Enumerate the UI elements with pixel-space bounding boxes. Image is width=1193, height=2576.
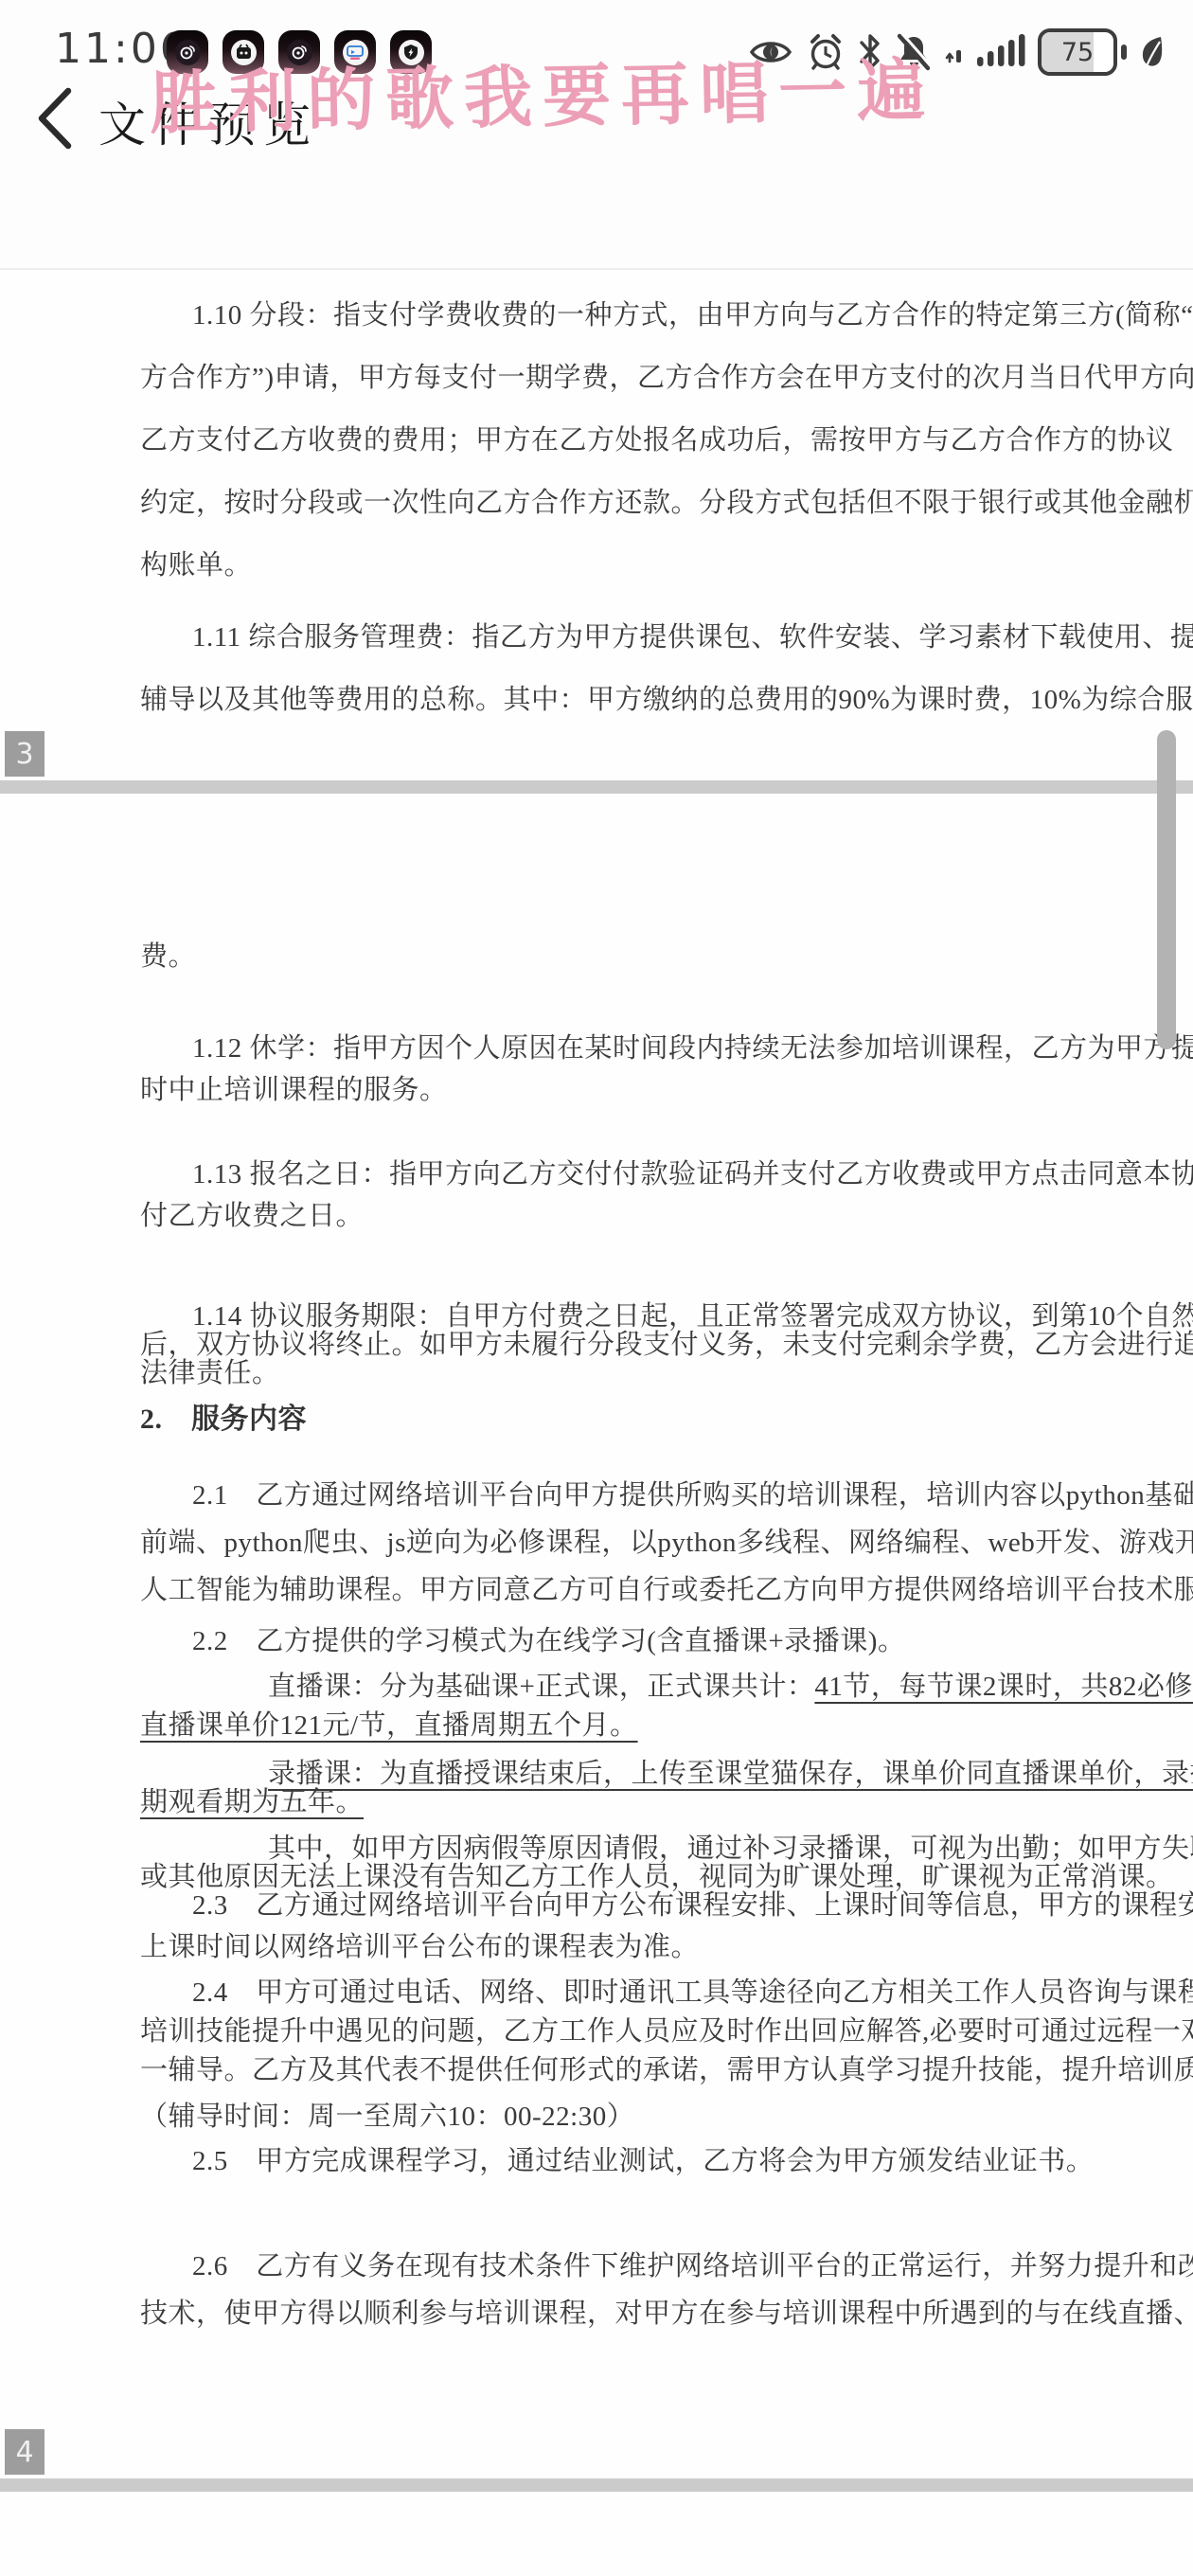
doc-line: 1.13 报名之日：指甲方向乙方交付付款验证码并支付乙方收费或甲方点击同意本协议… — [140, 1154, 1158, 1195]
doc-line: 2. 服务内容 — [140, 1404, 1158, 1436]
document-preview-area[interactable]: 1.10 分段：指支付学费收费的一种方式，由甲方向与乙方合作的特定第三方(简称“… — [0, 270, 1193, 2576]
doc-paragraph: 其中，如甲方因病假等原因请假，通过补习录播课，可视为出勤；如甲方失联或其他原因无… — [140, 1834, 1158, 1891]
battery-percent: 75 — [1061, 38, 1094, 67]
doc-line: 培训技能提升中遇见的问题，乙方工作人员应及时作出回应解答,必要时可通过远程一对 — [140, 2012, 1158, 2051]
doc-line: 其中，如甲方因病假等原因请假，通过补习录播课，可视为出勤；如甲方失联 — [140, 1834, 1158, 1863]
doc-line: 2.6 乙方有义务在现有技术条件下维护网络培训平台的正常运行，并努力提升和改进 — [140, 2243, 1158, 2290]
doc-line: （辅导时间：周一至周六10：00-22:30） — [140, 2101, 1158, 2133]
page-number-badge: 3 — [5, 731, 45, 777]
doc-paragraph: 录播课：为直播授课结束后，上传至课堂猫保存，课单价同直播课单价，录播有效期观看期… — [140, 1760, 1158, 1816]
doc-line: 1.10 分段：指支付学费收费的一种方式，由甲方向与乙方合作的特定第三方(简称“… — [140, 284, 1158, 347]
doc-paragraph: 1.12 休学：指甲方因个人原因在某时间段内持续无法参加培训课程，乙方为甲方提供… — [140, 1028, 1158, 1111]
doc-line: 付乙方收费之日。 — [140, 1195, 1158, 1237]
doc-line: 上课时间以网络培训平台公布的课程表为准。 — [140, 1926, 1158, 1968]
doc-paragraph: 直播课：分为基础课+正式课，正式课共计：41节，每节课2课时，共82必修课时，所… — [140, 1668, 1158, 1745]
back-button[interactable] — [28, 85, 81, 152]
doc-paragraph: 费。 — [140, 938, 1158, 975]
page-break-divider — [0, 2478, 1193, 2492]
doc-line: 后，双方协议将终止。如甲方未履行分段支付义务，未支付完剩余学费，乙方会进行追究其 — [140, 1331, 1158, 1359]
doc-line: 1.11 综合服务管理费：指乙方为甲方提供课包、软件安装、学习素材下载使用、提供… — [140, 606, 1158, 669]
power-saving-leaf-icon — [1138, 34, 1166, 70]
doc-paragraph: 2.3 乙方通过网络培训平台向甲方公布课程安排、上课时间等信息，甲方的课程安排、… — [140, 1885, 1158, 1968]
doc-paragraph: 2.1 乙方通过网络培训平台向甲方提供所购买的培训课程，培训内容以python基… — [140, 1472, 1158, 1614]
doc-line: 一辅导。乙方及其代表不提供任何形式的承诺，需甲方认真学习提升技能，提升培训质量。 — [140, 2051, 1158, 2090]
watermark-caption: 胜利的歌我要再唱一遍 — [149, 35, 936, 147]
doc-line: 录播课：为直播授课结束后，上传至课堂猫保存，课单价同直播课单价，录播有效 — [140, 1760, 1158, 1788]
scrollbar-thumb[interactable] — [1157, 730, 1176, 1049]
doc-paragraph: 2.5 甲方完成课程学习，通过结业测试，乙方将会为甲方颁发结业证书。 — [140, 2145, 1158, 2177]
doc-line: 期观看期为五年。 — [140, 1788, 1158, 1816]
battery-nub — [1121, 45, 1127, 60]
doc-line: 方合作方”)申请，甲方每支付一期学费，乙方合作方会在甲方支付的次月当日代甲方向 — [140, 347, 1158, 409]
doc-paragraph: 2.6 乙方有义务在现有技术条件下维护网络培训平台的正常运行，并努力提升和改进技… — [140, 2243, 1158, 2337]
doc-paragraph: （辅导时间：周一至周六10：00-22:30） — [140, 2101, 1158, 2133]
doc-line: 1.12 休学：指甲方因个人原因在某时间段内持续无法参加培训课程，乙方为甲方提供… — [140, 1028, 1158, 1069]
doc-line: 乙方支付乙方收费的费用；甲方在乙方处报名成功后，需按甲方与乙方合作方的协议 — [140, 409, 1158, 472]
doc-line: 1.14 协议服务期限：自甲方付费之日起，且正常签署完成双方协议，到第10个自然… — [140, 1302, 1158, 1331]
doc-line: 辅导以及其他等费用的总称。其中：甲方缴纳的总费用的90%为课时费，10%为综合服… — [140, 669, 1158, 731]
doc-paragraph: 1.10 分段：指支付学费收费的一种方式，由甲方向与乙方合作的特定第三方(简称“… — [140, 284, 1158, 597]
page-break-divider — [0, 780, 1193, 794]
doc-line: 构账单。 — [140, 534, 1158, 597]
doc-line: 费。 — [140, 938, 1158, 975]
doc-line: 直播课：分为基础课+正式课，正式课共计：41节，每节课2课时，共82必修课时，所… — [140, 1668, 1158, 1707]
doc-paragraph: 1.13 报名之日：指甲方向乙方交付付款验证码并支付乙方收费或甲方点击同意本协议… — [140, 1154, 1158, 1237]
signal-secondary-icon — [945, 33, 966, 71]
doc-paragraph: 2. 服务内容 — [140, 1404, 1158, 1436]
signal-bars-icon — [977, 32, 1026, 72]
doc-line: 2.3 乙方通过网络培训平台向甲方公布课程安排、上课时间等信息，甲方的课程安排、 — [140, 1885, 1158, 1926]
doc-line: 2.5 甲方完成课程学习，通过结业测试，乙方将会为甲方颁发结业证书。 — [140, 2145, 1158, 2177]
page-number-badge: 4 — [5, 2429, 45, 2475]
doc-line: 2.2 乙方提供的学习模式为在线学习(含直播课+录播课)。 — [140, 1625, 1158, 1657]
doc-line: 2.1 乙方通过网络培训平台向甲方提供所购买的培训课程，培训内容以python基… — [140, 1472, 1158, 1519]
doc-line: 人工智能为辅助课程。甲方同意乙方可自行或委托乙方向甲方提供网络培训平台技术服务。 — [140, 1566, 1158, 1614]
doc-line: 法律责任。 — [140, 1359, 1158, 1387]
doc-paragraph: 1.14 协议服务期限：自甲方付费之日起，且正常签署完成双方协议，到第10个自然… — [140, 1302, 1158, 1387]
battery-indicator: 75 — [1038, 28, 1117, 76]
doc-paragraph: 1.11 综合服务管理费：指乙方为甲方提供课包、软件安装、学习素材下载使用、提供… — [140, 606, 1158, 731]
doc-line: 前端、python爬虫、js逆向为必修课程，以python多线程、网络编程、we… — [140, 1519, 1158, 1566]
doc-line: 直播课单价121元/节，直播周期五个月。 — [140, 1707, 1158, 1745]
doc-line: 约定，按时分段或一次性向乙方合作方还款。分段方式包括但不限于银行或其他金融机 — [140, 472, 1158, 534]
doc-paragraph: 2.4 甲方可通过电话、网络、即时通讯工具等途径向乙方相关工作人员咨询与课程及培… — [140, 1974, 1158, 2090]
doc-line: 技术，使甲方得以顺利参与培训课程，对甲方在参与培训课程中所遇到的与在线直播、 — [140, 2290, 1158, 2337]
doc-line: 2.4 甲方可通过电话、网络、即时通讯工具等途径向乙方相关工作人员咨询与课程及 — [140, 1974, 1158, 2012]
doc-paragraph: 2.2 乙方提供的学习模式为在线学习(含直播课+录播课)。 — [140, 1625, 1158, 1657]
doc-line: 时中止培训课程的服务。 — [140, 1069, 1158, 1111]
